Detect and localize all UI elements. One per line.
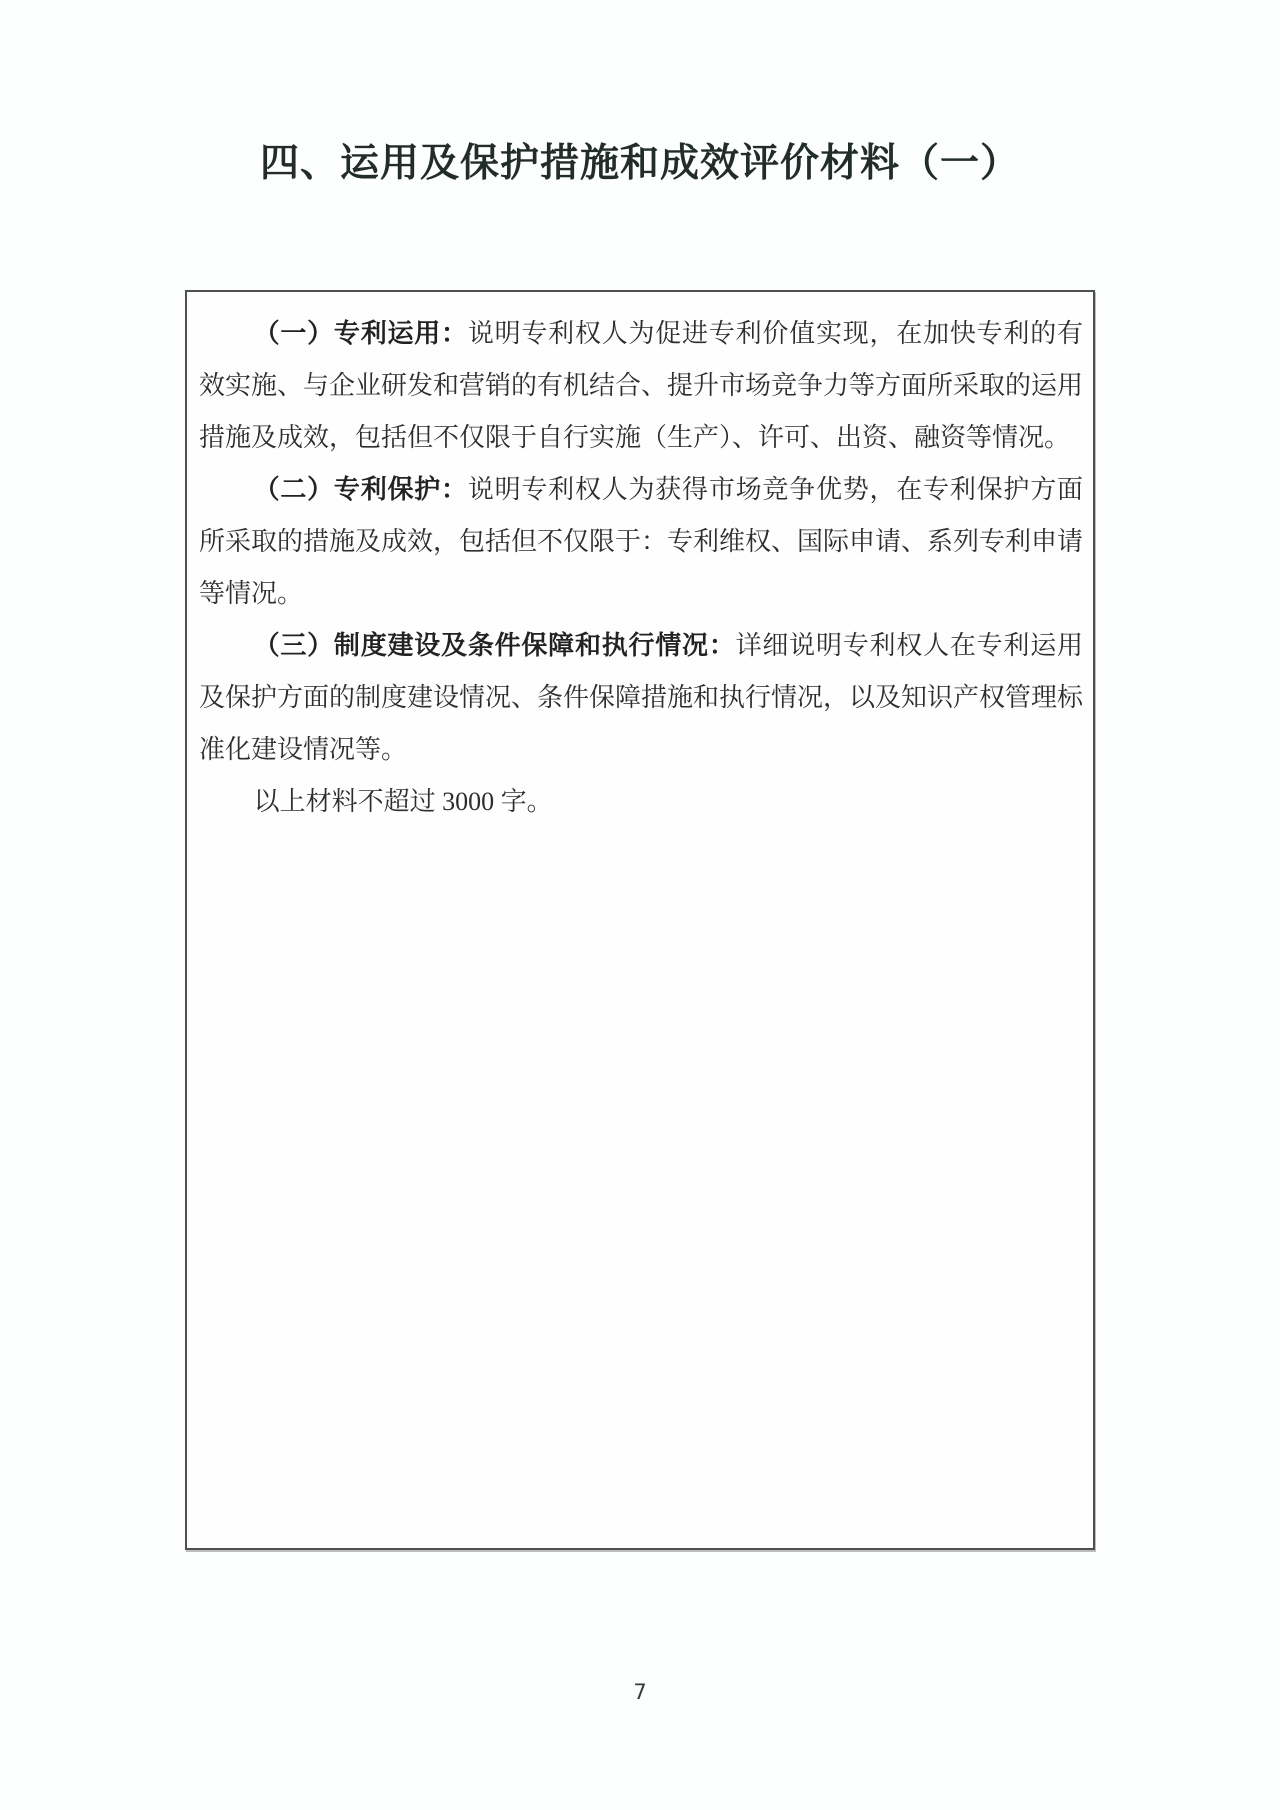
page-title: 四、运用及保护措施和成效评价材料（一） bbox=[0, 132, 1280, 188]
paragraph-system-building-lead: （三）制度建设及条件保障和执行情况： bbox=[254, 631, 736, 660]
paragraph-word-limit-note-body: 以上材料不超过 3000 字。 bbox=[254, 787, 553, 816]
paragraph-patent-protection-lead: （二）专利保护： bbox=[254, 475, 468, 504]
content-box: （一）专利运用：说明专利权人为促进专利价值实现，在加快专利的有效实施、与企业研发… bbox=[185, 290, 1095, 1550]
paragraph-patent-use-lead: （一）专利运用： bbox=[254, 319, 468, 348]
paragraph-patent-use: （一）专利运用：说明专利权人为促进专利价值实现，在加快专利的有效实施、与企业研发… bbox=[199, 308, 1083, 464]
paragraph-word-limit-note: 以上材料不超过 3000 字。 bbox=[199, 776, 1083, 828]
paragraph-patent-protection: （二）专利保护：说明专利权人为获得市场竞争优势，在专利保护方面所采取的措施及成效… bbox=[199, 464, 1083, 620]
paragraph-system-building: （三）制度建设及条件保障和执行情况：详细说明专利权人在专利运用及保护方面的制度建… bbox=[199, 620, 1083, 776]
page-number: 7 bbox=[0, 1680, 1280, 1704]
document-page: 四、运用及保护措施和成效评价材料（一） （一）专利运用：说明专利权人为促进专利价… bbox=[0, 0, 1280, 1810]
